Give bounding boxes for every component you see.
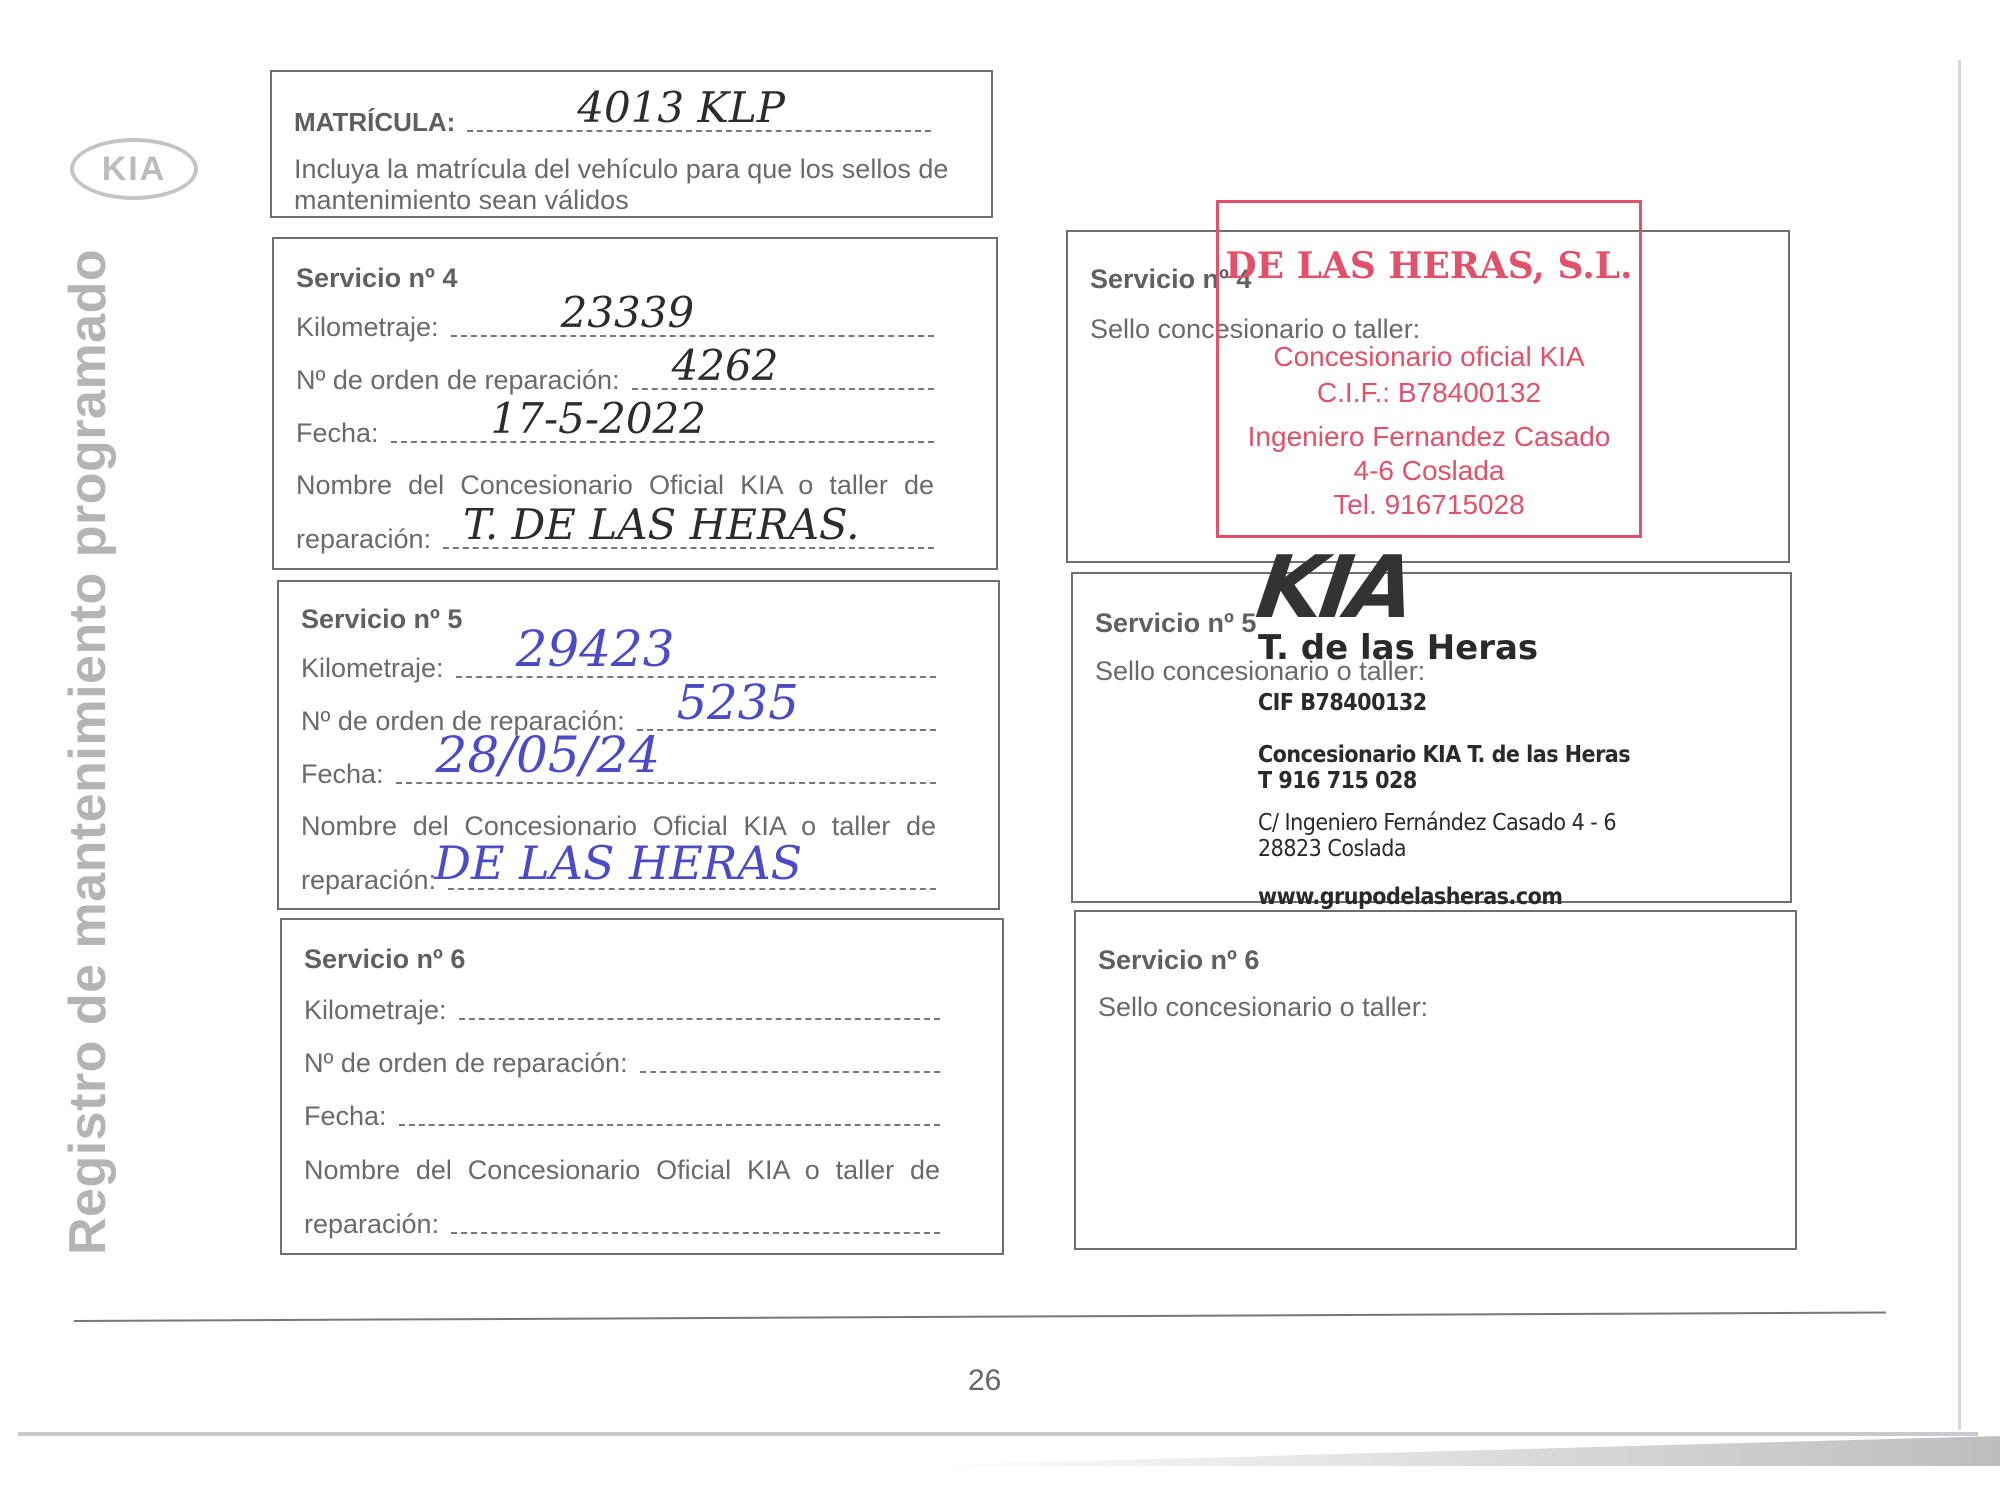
stamp-line: C.I.F.: B78400132 <box>1219 377 1639 409</box>
nombre-row-2: reparación: <box>304 1200 940 1240</box>
fecha-field[interactable]: 17-5-2022 <box>391 441 934 443</box>
stamp-address-1: C/ Ingeniero Fernández Casado 4 - 6 <box>1258 810 1630 836</box>
service-4-box: Servicio nº 4 Kilometraje: 23339 Nº de o… <box>272 237 998 570</box>
kilometraje-row: Kilometraje: 23339 <box>296 303 934 343</box>
orden-row: Nº de orden de reparación: <box>304 1039 940 1079</box>
orden-field[interactable]: 5235 <box>637 729 936 731</box>
kilometraje-field[interactable]: 23339 <box>451 335 934 337</box>
fecha-value: 28/05/24 <box>436 726 661 784</box>
kia-logo-icon: KIA <box>70 138 198 200</box>
fecha-label: Fecha: <box>301 759 384 790</box>
service-6-box: Servicio nº 6 Kilometraje: Nº de orden d… <box>280 918 1004 1255</box>
stamp-line: Ingeniero Fernandez Casado <box>1219 421 1639 453</box>
orden-label: Nº de orden de reparación: <box>304 1048 628 1079</box>
reparacion-label: reparación: <box>301 865 436 896</box>
fecha-row: Fecha: 28/05/24 <box>301 750 936 790</box>
side-title: Registro de mantenimiento programado <box>58 249 118 1255</box>
stamp-website: www.grupodelasheras.com <box>1258 884 1630 910</box>
fecha-field[interactable]: 28/05/24 <box>396 782 936 784</box>
matricula-row: MATRÍCULA: 4013 KLP <box>294 98 931 138</box>
kilometraje-value: 29423 <box>516 620 675 678</box>
kilometraje-field[interactable] <box>459 1018 940 1020</box>
orden-row: Nº de orden de reparación: 4262 <box>296 356 934 396</box>
page-edge <box>1958 60 1961 1430</box>
stamp-address-2: 28823 Coslada <box>1258 836 1630 862</box>
dealer-kia-stamp: KIA T. de las Heras CIF B78400132 Conces… <box>1258 552 1630 910</box>
service-title: Servicio nº 4 <box>296 263 457 294</box>
kilometraje-value: 23339 <box>561 288 695 337</box>
concesionario-value: T. DE LAS HERAS. <box>463 500 859 549</box>
concesionario-value: DE LAS HERAS <box>434 836 802 890</box>
fecha-label: Fecha: <box>304 1101 387 1132</box>
nombre-row-2: reparación: T. DE LAS HERAS. <box>296 515 934 555</box>
page-bottom-edge <box>18 1432 1978 1436</box>
matricula-note: Incluya la matrícula del vehículo para q… <box>294 154 969 216</box>
stamp-dealer: Concesionario KIA T. de las Heras <box>1258 742 1630 768</box>
stamp-cif: CIF B78400132 <box>1258 690 1630 716</box>
matricula-box: MATRÍCULA: 4013 KLP Incluya la matrícula… <box>270 70 993 218</box>
fecha-row: Fecha: <box>304 1092 940 1132</box>
stamp-line: 4-6 Coslada <box>1219 455 1639 487</box>
page-number: 26 <box>968 1364 1001 1398</box>
kia-wordmark-icon: KIA <box>1253 552 1635 624</box>
stamp-6-box: Servicio nº 6 Sello concesionario o tall… <box>1074 910 1797 1250</box>
concesionario-field[interactable] <box>451 1232 940 1234</box>
reparacion-label: reparación: <box>296 524 431 555</box>
concesionario-field[interactable]: T. DE LAS HERAS. <box>443 547 934 549</box>
kilometraje-row: Kilometraje: 29423 <box>301 644 936 684</box>
matricula-field[interactable]: 4013 KLP <box>467 130 931 132</box>
kilometraje-label: Kilometraje: <box>301 653 444 684</box>
nombre-row-2: reparación: DE LAS HERAS <box>301 856 936 896</box>
stamp-phone: T 916 715 028 <box>1258 768 1630 794</box>
fecha-field[interactable] <box>399 1124 940 1126</box>
service-title: Servicio nº 6 <box>304 944 465 975</box>
orden-label: Nº de orden de reparación: <box>296 365 620 396</box>
stamp-line: Concesionario oficial KIA <box>1219 341 1639 373</box>
page-curl-shadow <box>900 1436 2000 1466</box>
sello-label: Sello concesionario o taller: <box>1098 992 1428 1023</box>
orden-field[interactable]: 4262 <box>632 388 934 390</box>
nombre-row-1: Nombre del Concesionario Oficial KIA o t… <box>296 461 934 501</box>
orden-field[interactable] <box>640 1071 940 1073</box>
stamp-line: Tel. 916715028 <box>1219 489 1639 521</box>
concesionario-field[interactable]: DE LAS HERAS <box>448 888 936 890</box>
orden-value: 5235 <box>677 675 799 731</box>
service-title: Servicio nº 5 <box>301 604 462 635</box>
footer-divider <box>74 1311 1886 1322</box>
matricula-label: MATRÍCULA: <box>294 107 455 138</box>
service-5-box: Servicio nº 5 Kilometraje: 29423 Nº de o… <box>277 580 1000 910</box>
kilometraje-label: Kilometraje: <box>296 312 439 343</box>
fecha-row: Fecha: 17-5-2022 <box>296 409 934 449</box>
fecha-value: 17-5-2022 <box>491 394 706 443</box>
kilometraje-row: Kilometraje: <box>304 986 940 1026</box>
nombre-label: Nombre del Concesionario Oficial KIA o t… <box>296 470 934 501</box>
matricula-value: 4013 KLP <box>577 83 785 132</box>
nombre-row-1: Nombre del Concesionario Oficial KIA o t… <box>304 1146 940 1186</box>
kilometraje-label: Kilometraje: <box>304 995 447 1026</box>
fecha-label: Fecha: <box>296 418 379 449</box>
stamp-title: Servicio nº 6 <box>1098 945 1259 976</box>
dealer-red-stamp: DE LAS HERAS, S.L. Concesionario oficial… <box>1216 200 1642 538</box>
nombre-label: Nombre del Concesionario Oficial KIA o t… <box>304 1155 940 1186</box>
kia-logo-text: KIA <box>102 150 167 189</box>
orden-value: 4262 <box>672 341 779 390</box>
stamp-title: Servicio nº 5 <box>1095 608 1256 639</box>
stamp-brand: DE LAS HERAS, S.L. <box>1219 245 1639 287</box>
reparacion-label: reparación: <box>304 1209 439 1240</box>
